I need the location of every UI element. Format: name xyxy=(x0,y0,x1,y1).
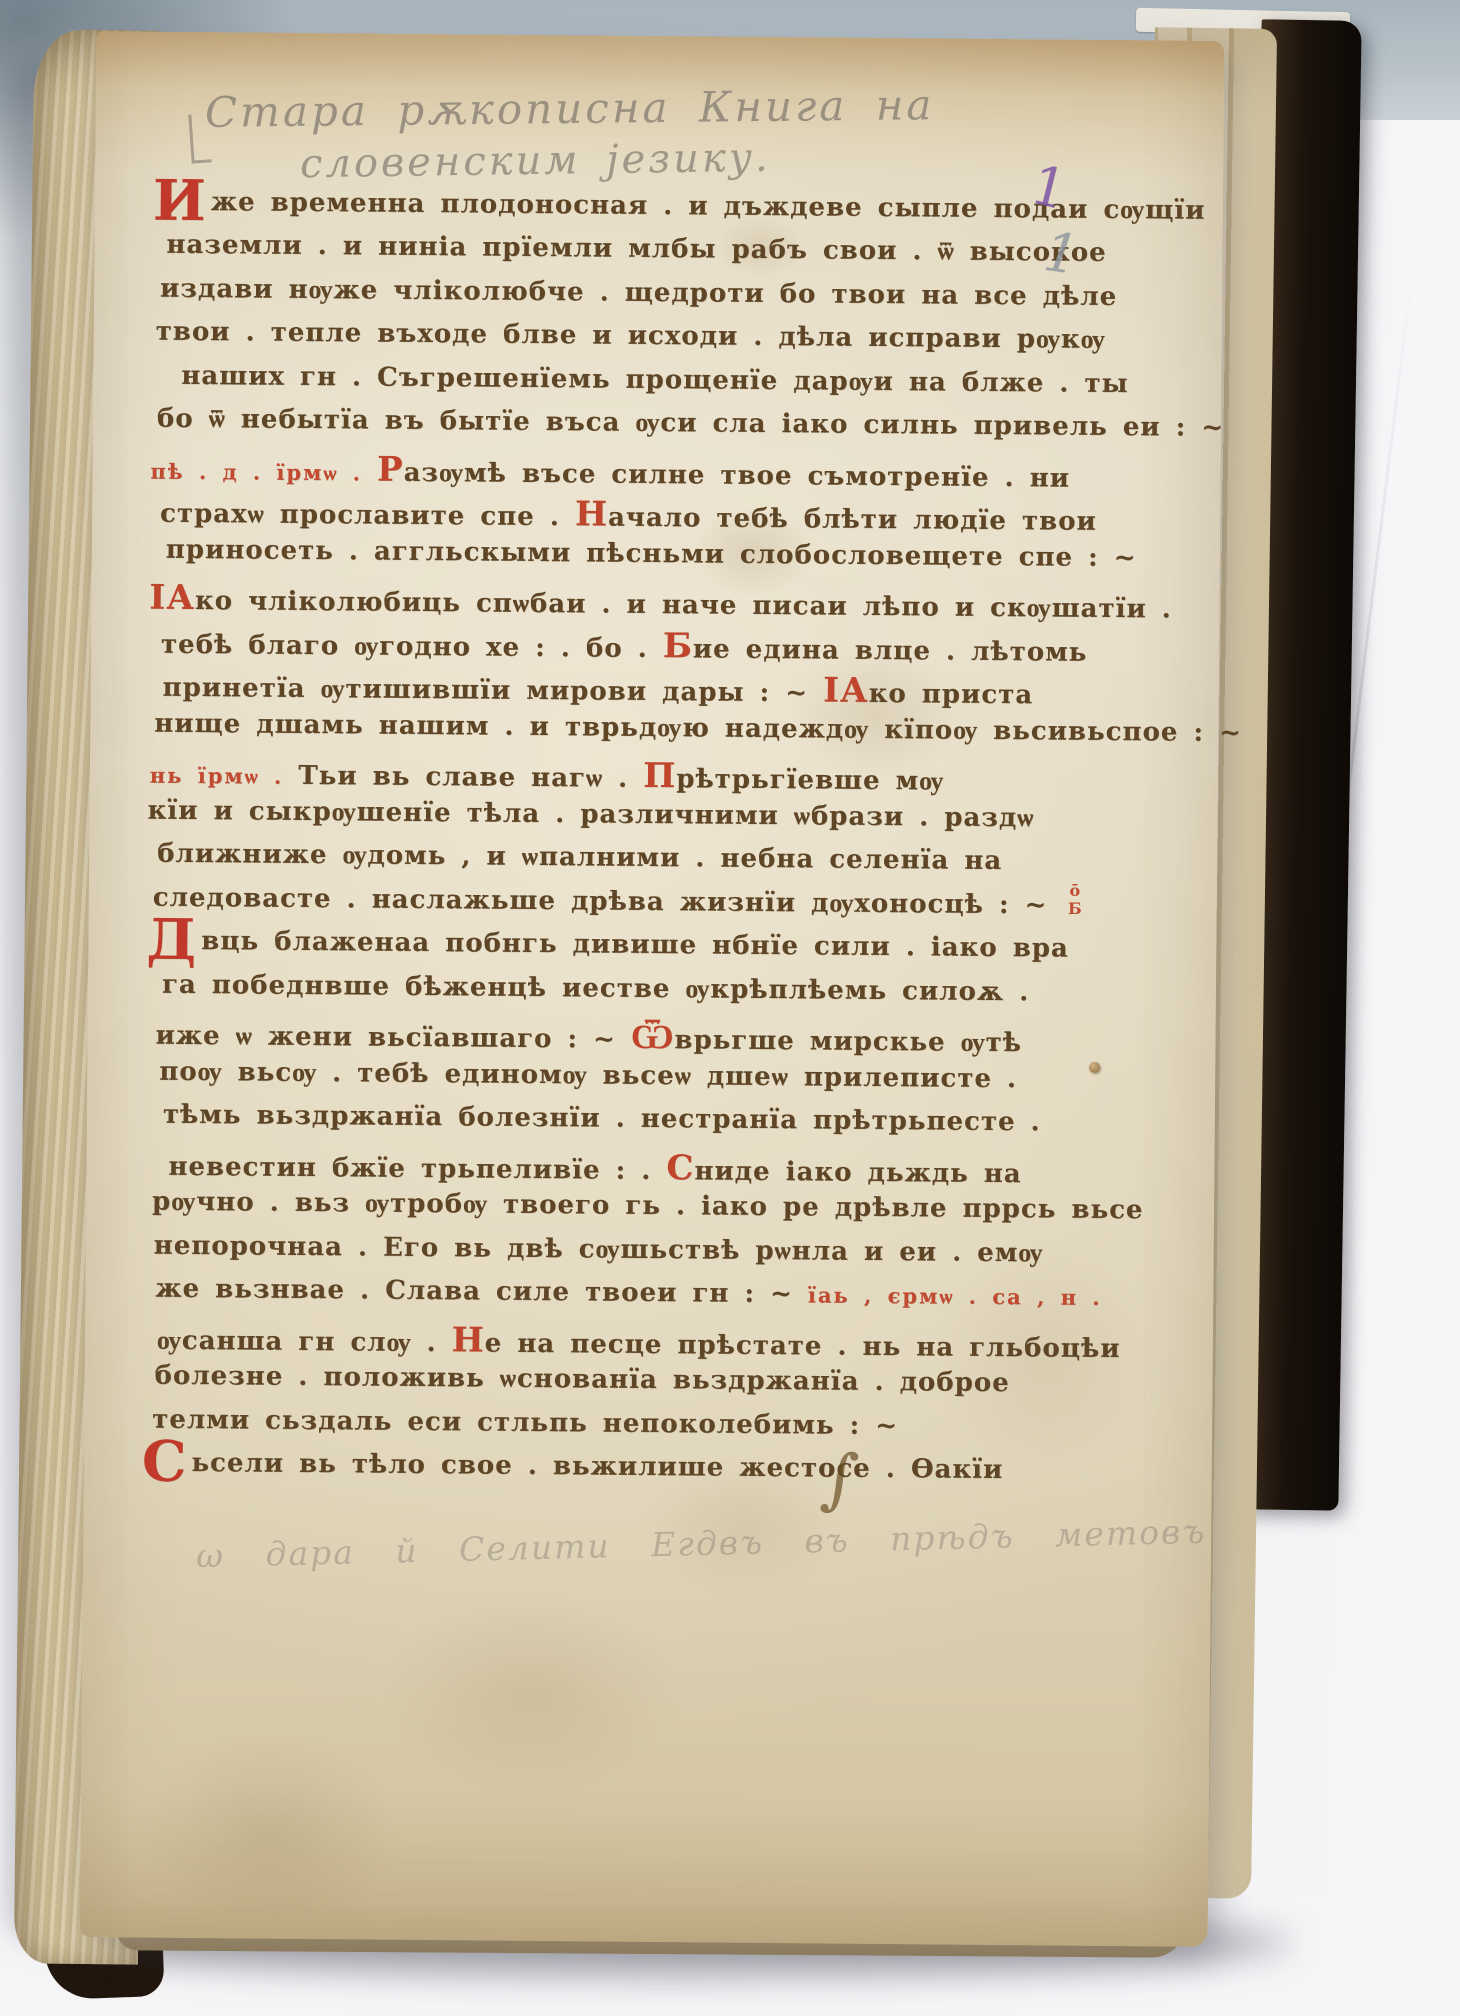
photo-of-manuscript: { "photo": { "background_top_color": "#b… xyxy=(0,0,1460,2016)
ink-segment: га победнвше бѣженцѣ иестве ѹкрѣплѣемь с… xyxy=(162,970,1029,1008)
manuscript-line-21: поѹ вьсѹ . тебѣ единомѹ вьсеѡ дшеѡ приле… xyxy=(159,1057,1017,1094)
manuscript-line-27: ѹсанша гн слѹ . Не на песце прѣстате . н… xyxy=(157,1318,1121,1366)
ink-segment: приносеть . аггльскыми пѣсньми слобослов… xyxy=(166,535,1137,573)
ink-segment: наших гн . Съгрешенїемь прощенїе дарѹи н… xyxy=(181,361,1129,399)
ink-segment: ие едина влце . лѣтомь xyxy=(693,634,1088,667)
ink-segment: болезне . положивь ѡснованїа вьздржанїа … xyxy=(154,1361,1009,1398)
manuscript-line-11: тебѣ благо ѹгодно хе : . бо . Бие едина … xyxy=(161,622,1088,670)
ink-segment: иже ѡ жени вьсїавшаго : ~ xyxy=(155,1021,631,1055)
pencil-title-line1: Стара рѫкописна Книга на xyxy=(205,80,935,137)
manuscript-line-3: издави нѹже чліколюбче . щедроти бо твои… xyxy=(160,274,1117,312)
ink-segment xyxy=(283,761,298,791)
ink-segment: тебѣ благо ѹгодно хе : . бо . xyxy=(161,630,663,664)
manuscript-line-2: наземли . и ниніа прїемли млбы рабъ свои… xyxy=(166,230,1106,268)
manuscript-line-29: телми сьздаль еси стльпь непоколебимь : … xyxy=(152,1405,898,1442)
manuscript-line-24: рѹчно . вьз ѹтробѹ твоего гь . іако ре д… xyxy=(152,1187,1144,1226)
ink-segment: издави нѹже чліколюбче . щедроти бо твои… xyxy=(160,274,1117,312)
ink-segment: ко приста xyxy=(869,679,1034,710)
rubric-segment: нь їрмѡ . xyxy=(150,763,284,789)
pencil-title-line2: словенским језику. xyxy=(300,135,771,188)
ink-segment: нище дшамь нашим . и тврьдѹю надеждѹ кїп… xyxy=(154,709,1242,748)
ink-segment: тѣмь вьздржанїа болезнїи . нестранїа прѣ… xyxy=(163,1100,1041,1138)
ink-segment: следовасте . наслажьше дрѣва жизнїи дѹхо… xyxy=(153,883,1048,921)
text-block: Иже временна плодоносная . и дъждеве сып… xyxy=(138,32,1195,1947)
ink-segment: ближниже ѹдомь , и ѡпалними . небна селе… xyxy=(157,839,1002,876)
ink-segment: Тьи вь славе нагѡ . xyxy=(298,761,643,794)
manuscript-line-25: непорочнаа . Его вь двѣ сѹшьствѣ рѡнла и… xyxy=(154,1231,1044,1269)
ink-segment xyxy=(362,457,377,487)
red-margin-note: о̄ Б xyxy=(1068,882,1082,918)
ink-segment: твои . тепле въходе блве и исходи . дѣла… xyxy=(156,317,1106,355)
manuscript-line-28: болезне . положивь ѡснованїа вьздржанїа … xyxy=(154,1361,1009,1398)
rubric-segment: Б xyxy=(663,626,693,666)
rubric-segment: С xyxy=(142,1429,188,1495)
manuscript-line-5: наших гн . Съгрешенїемь прощенїе дарѹи н… xyxy=(181,361,1129,399)
manuscript-line-18: Двць блаженаа побнгь дивише нбнїе сили .… xyxy=(146,926,1069,964)
ink-segment: принетїа ѹтишившїи мирови дары : ~ xyxy=(162,673,823,709)
ink-segment: врьгше мирскье ѹтѣ xyxy=(674,1025,1022,1058)
manuscript-line-6: бо ѿ небытїа въ бытїе въса ѹси сла іако … xyxy=(157,404,1224,443)
manuscript-line-12: принетїа ѹтишившїи мирови дары : ~ ІАко … xyxy=(162,665,1033,713)
red-margin-note-line2: Б xyxy=(1068,900,1082,918)
manuscript-line-19: га победнвше бѣженцѣ иестве ѹкрѣплѣемь с… xyxy=(162,970,1029,1008)
manuscript-line-13: нище дшамь нашим . и тврьдѹю надеждѹ кїп… xyxy=(154,709,1242,748)
rubric-segment: П xyxy=(643,756,676,796)
ink-segment: е на песце прѣстате . нь на гльбоцѣи xyxy=(485,1329,1121,1365)
ink-segment: вць блаженаа побнгь дивише нбнїе сили . … xyxy=(201,926,1069,964)
ink-segment: ниде іако дьждь на xyxy=(694,1156,1022,1189)
manuscript-page: Иже временна плодоносная . и дъждеве сып… xyxy=(80,31,1225,1947)
rubric-segment: пѣ . д . їрмѡ . xyxy=(150,459,362,486)
ink-segment: ко чліколюбиць спѡбаи . и наче писаи лѣп… xyxy=(195,586,1172,625)
manuscript-line-10: ІАко чліколюбиць спѡбаи . и наче писаи л… xyxy=(149,578,1172,627)
ink-segment: страхѡ прославите спе . xyxy=(160,499,575,533)
ink-segment: невестин бжїе трьпеливїе : . xyxy=(168,1152,666,1186)
ink-segment: ачало тебѣ блѣти людїе твои xyxy=(608,503,1097,537)
ink-segment: бо ѿ небытїа въ бытїе въса ѹси сла іако … xyxy=(157,404,1224,443)
manuscript-line-22: тѣмь вьздржанїа болезнїи . нестранїа прѣ… xyxy=(163,1100,1041,1138)
ink-segment: азѹмѣ въсе силне твое съмотренїе . ни xyxy=(404,458,1071,494)
rubric-segment: С xyxy=(666,1148,694,1188)
manuscript-line-20: иже ѡ жени вьсїавшаго : ~ Ѿврьгше мирскь… xyxy=(155,1013,1022,1061)
ink-segment: ѹсанша гн слѹ . xyxy=(157,1326,452,1359)
rubric-segment: Н xyxy=(575,494,608,534)
red-margin-note-line1: о̄ xyxy=(1068,882,1082,900)
manuscript-line-17: следовасте . наслажьше дрѣва жизнїи дѹхо… xyxy=(153,883,1048,921)
ink-segment: ьсели вь тѣло свое . вьжилише жестосе . … xyxy=(191,1448,1003,1485)
rubric-segment: И xyxy=(153,168,207,234)
ink-segment: наземли . и ниніа прїемли млбы рабъ свои… xyxy=(166,230,1106,268)
wax-drop xyxy=(1089,1062,1100,1073)
ink-segment: рѣтрьгїевше мѹ xyxy=(676,764,944,796)
ink-segment: поѹ вьсѹ . тебѣ единомѹ вьсеѡ дшеѡ приле… xyxy=(159,1057,1017,1094)
rubric-segment: Д xyxy=(146,907,197,973)
manuscript-line-7: пѣ . д . їрмѡ . Разѹмѣ въсе силне твое с… xyxy=(150,448,1070,496)
manuscript-line-26: же вьзнвае . Слава силе твоеи гн : ~ їаь… xyxy=(155,1274,1102,1312)
manuscript-line-8: страхѡ прославите спе . Начало тебѣ блѣт… xyxy=(160,491,1097,539)
ink-segment: кїи и сыкрѹшенїе тѣла . различними ѡбраз… xyxy=(147,796,1034,834)
manuscript-line-23: невестин бжїе трьпеливїе : . Сниде іако … xyxy=(168,1144,1022,1191)
rubric-segment: ІА xyxy=(149,578,195,618)
rubric-segment: їаь , єрмѡ . са , н . xyxy=(808,1282,1102,1310)
manuscript-line-15: кїи и сыкрѹшенїе тѣла . различними ѡбраз… xyxy=(147,796,1034,834)
manuscript-line-30: Сьсели вь тѣло свое . вьжилише жестосе .… xyxy=(142,1448,1004,1486)
rubric-segment: Ѿ xyxy=(631,1017,675,1057)
pencil-bracket-mark xyxy=(188,113,211,163)
rubric-segment: ІА xyxy=(823,670,869,710)
manuscript-line-4: твои . тепле въходе блве и исходи . дѣла… xyxy=(156,317,1106,355)
rubric-segment: Н xyxy=(451,1320,484,1360)
ink-segment: непорочнаа . Его вь двѣ сѹшьствѣ рѡнла и… xyxy=(154,1231,1044,1269)
rubric-segment: Р xyxy=(377,450,404,490)
ink-segment: же вьзнвае . Слава силе твоеи гн : ~ xyxy=(155,1274,808,1310)
ink-segment: рѹчно . вьз ѹтробѹ твоего гь . іако ре д… xyxy=(152,1187,1144,1226)
manuscript-line-9: приносеть . аггльскыми пѣсньми слобослов… xyxy=(166,535,1137,573)
manuscript-line-16: ближниже ѹдомь , и ѡпалними . небна селе… xyxy=(157,839,1002,876)
manuscript-line-14: нь їрмѡ . Тьи вь славе нагѡ . Прѣтрьгїев… xyxy=(150,752,945,799)
ink-segment: телми сьздаль еси стльпь непоколебимь : … xyxy=(152,1405,898,1442)
